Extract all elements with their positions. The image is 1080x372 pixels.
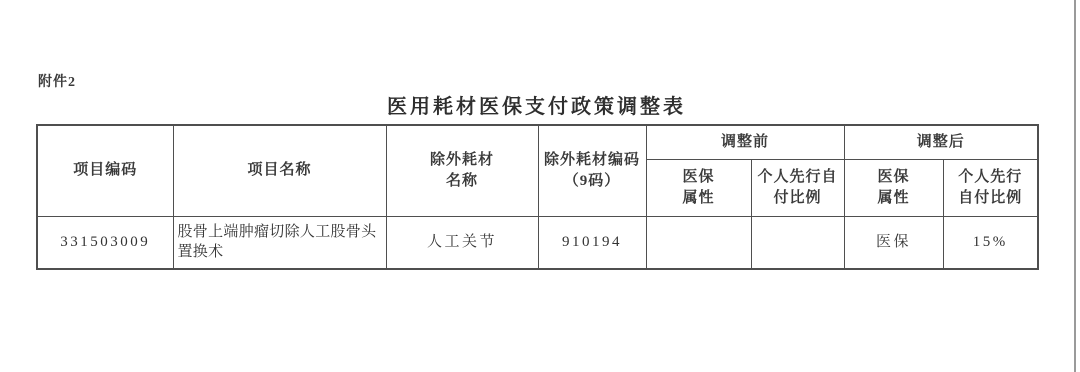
cell-excluded-name: 人工关节 (386, 216, 538, 269)
document-page: 附件2 医用耗材医保支付政策调整表 项目编码 项目名称 除外耗材 名称 除外耗材… (0, 0, 1080, 372)
col-header-before-self-pay-ratio: 个人先行自 付比例 (751, 159, 844, 216)
cell-before-insurance-attr (646, 216, 751, 269)
cell-excluded-code: 910194 (538, 216, 646, 269)
col-header-item-code: 项目编码 (37, 125, 173, 216)
cell-after-insurance-attr: 医保 (844, 216, 943, 269)
col-header-before-insurance-attr: 医保 属性 (646, 159, 751, 216)
col-header-excluded-name: 除外耗材 名称 (386, 125, 538, 216)
table-header-row-top: 项目编码 项目名称 除外耗材 名称 除外耗材编码 （9码） 调整前 调整后 (37, 125, 1038, 159)
col-header-item-name: 项目名称 (173, 125, 386, 216)
col-group-before-adjustment: 调整前 (646, 125, 844, 159)
table-row: 331503009 股骨上端肿瘤切除人工股骨头 置换术 人工关节 910194 … (37, 216, 1038, 269)
attachment-label: 附件2 (38, 71, 76, 91)
page-title: 医用耗材医保支付政策调整表 (36, 90, 1037, 119)
cell-item-name: 股骨上端肿瘤切除人工股骨头 置换术 (173, 216, 386, 269)
policy-adjustment-table: 项目编码 项目名称 除外耗材 名称 除外耗材编码 （9码） 调整前 调整后 医保… (36, 124, 1039, 270)
col-header-after-insurance-attr: 医保 属性 (844, 159, 943, 216)
page-edge-divider (1074, 0, 1076, 372)
cell-before-self-pay-ratio (751, 216, 844, 269)
col-header-after-self-pay-ratio: 个人先行 自付比例 (943, 159, 1038, 216)
col-group-after-adjustment: 调整后 (844, 125, 1038, 159)
cell-item-code: 331503009 (37, 216, 173, 269)
cell-after-self-pay-ratio: 15% (943, 216, 1038, 269)
col-header-excluded-code: 除外耗材编码 （9码） (538, 125, 646, 216)
